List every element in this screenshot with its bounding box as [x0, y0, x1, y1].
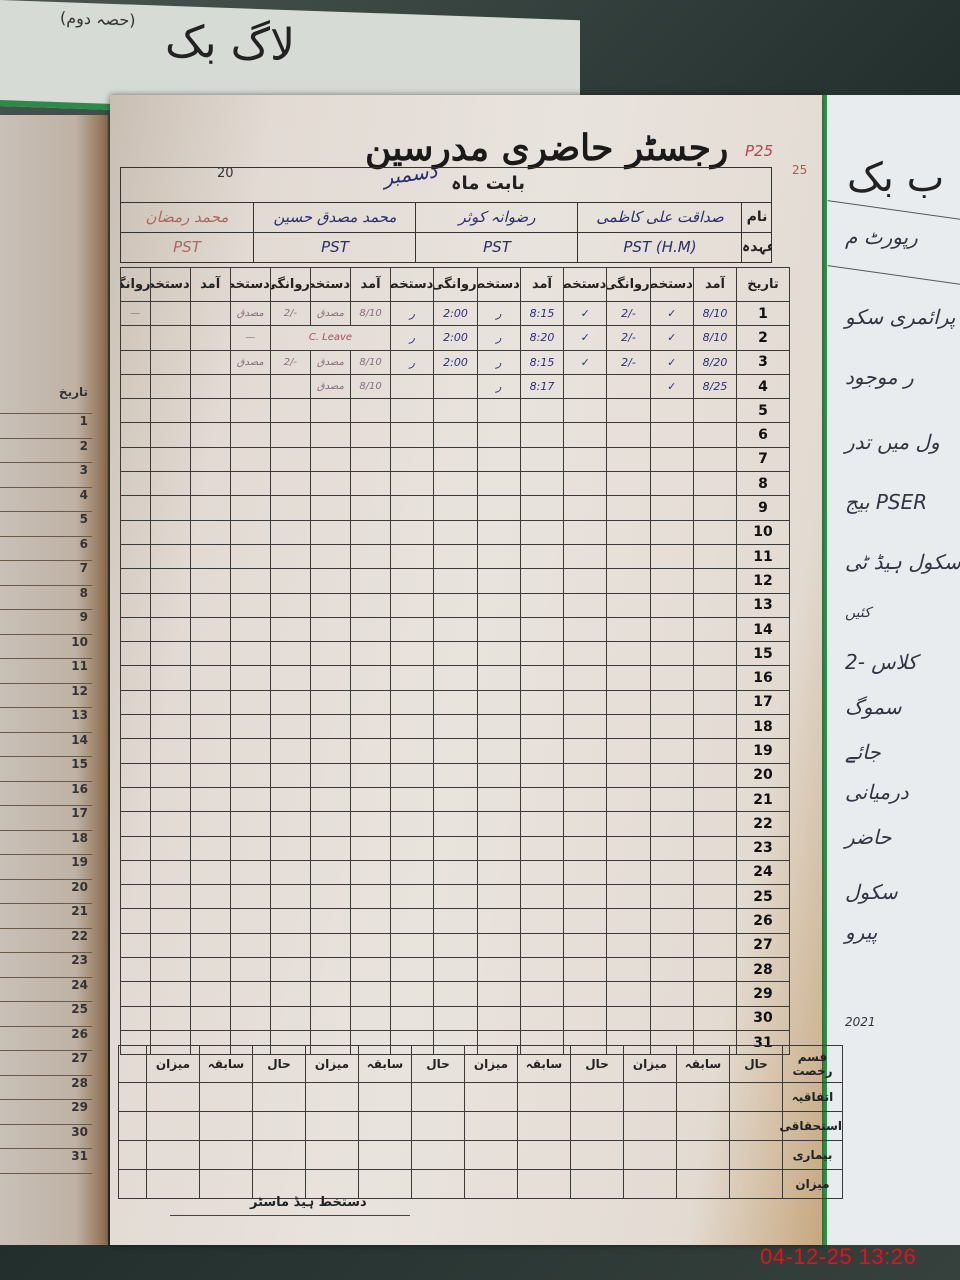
note-line: ول میں تدر: [845, 430, 940, 454]
date-cell: 19: [737, 739, 790, 763]
table-row: 26: [121, 909, 790, 933]
teacher-name: رضوانہ کوثر: [415, 202, 578, 232]
note-line: جائے: [845, 740, 881, 764]
left-date: 19: [71, 855, 88, 869]
cell: ✓: [650, 326, 693, 350]
summary-col: سابقہ: [518, 1046, 571, 1083]
table-row: 22: [121, 812, 790, 836]
date-cell: 23: [737, 836, 790, 860]
cell: 8/25: [693, 374, 736, 398]
summary-row: استحقاقی: [119, 1112, 843, 1141]
summary-col: [119, 1046, 147, 1083]
top-logbook-subtitle: (حصہ دوم): [60, 8, 135, 30]
left-page-header-row: تاریخ: [0, 385, 92, 414]
note-line: سکول: [845, 880, 898, 904]
left-date: 12: [71, 684, 88, 698]
divider: [828, 200, 960, 221]
cell: 2/-: [270, 350, 310, 374]
month-label: بابت ماہ: [451, 173, 525, 194]
col-t3-sig: دستخط: [310, 268, 350, 302]
note-year: 2021: [845, 1015, 876, 1029]
cell: مصدق: [310, 374, 350, 398]
date-cell: 15: [737, 642, 790, 666]
table-row: 16: [121, 666, 790, 690]
leave-cell: C. Leave: [270, 326, 390, 350]
cell: مصدق: [230, 350, 270, 374]
left-date: 16: [71, 782, 88, 796]
left-date: 25: [71, 1002, 88, 1016]
date-cell: 1: [737, 302, 790, 326]
attendance-register-page: رجسٹر حاضری مدرسین P25 25 20 دسمبر بابت …: [110, 95, 822, 1245]
cell: —: [230, 326, 270, 350]
date-cell: 13: [737, 593, 790, 617]
date-cell: 7: [737, 447, 790, 471]
cell: مصدق: [230, 302, 270, 326]
summary-row: بیماری: [119, 1141, 843, 1170]
table-row: 7: [121, 447, 790, 471]
teacher-designation: PST: [415, 232, 578, 262]
cell: [121, 374, 151, 398]
cell: [391, 374, 434, 398]
col-t2-sig: دستخط: [477, 268, 520, 302]
summary-col: سابقہ: [677, 1046, 730, 1083]
date-cell: 28: [737, 958, 790, 982]
col-date: تاریخ: [737, 268, 790, 302]
note-line: پرائمری سکو: [845, 305, 955, 329]
summary-col: سابقہ: [200, 1046, 253, 1083]
cell: ر: [477, 302, 520, 326]
table-row: 8: [121, 472, 790, 496]
cell: [230, 374, 270, 398]
cell: 8/10: [693, 302, 736, 326]
cell: ✓: [564, 302, 607, 326]
note-line: پیرو: [845, 920, 877, 944]
cell: ✓: [650, 350, 693, 374]
attendance-grid: روانگی دستخط آمد دستخط روانگی دستخط آمد …: [120, 267, 790, 1055]
left-date: 2: [80, 439, 88, 453]
teacher-designation: PST: [253, 232, 416, 262]
left-date: 1: [80, 414, 88, 428]
date-cell: 12: [737, 569, 790, 593]
note-line: PSER بیج: [845, 490, 927, 514]
left-date: 10: [71, 635, 88, 649]
note-line: رپورٹ م: [845, 225, 918, 249]
teacher-name: محمد مصدق حسین: [253, 202, 416, 232]
summary-row-label: اتفاقیہ: [783, 1083, 843, 1112]
left-date: 30: [71, 1125, 88, 1139]
cell: [190, 326, 230, 350]
cell: ✓: [564, 350, 607, 374]
table-row: 30: [121, 1006, 790, 1030]
cell: ر: [391, 302, 434, 326]
table-row: 27: [121, 933, 790, 957]
cell: 2:00: [434, 302, 477, 326]
date-cell: 11: [737, 544, 790, 568]
left-date: 20: [71, 880, 88, 894]
summary-col: سابقہ: [359, 1046, 412, 1083]
cell: ✓: [650, 374, 693, 398]
divider: [828, 265, 960, 286]
summary-col: حال: [253, 1046, 306, 1083]
page-ref: P25: [745, 142, 773, 160]
col-t1-out: روانگی: [607, 268, 650, 302]
cell: [190, 374, 230, 398]
summary-row: میزان: [119, 1170, 843, 1199]
note-line: درمیانی: [845, 780, 909, 804]
left-date: 6: [80, 537, 88, 551]
designation-row-label: عہدہ: [741, 232, 772, 262]
cell: 2/-: [607, 326, 650, 350]
date-cell: 6: [737, 423, 790, 447]
left-date: 5: [80, 512, 88, 526]
left-date: 14: [71, 733, 88, 747]
summary-col: حال: [571, 1046, 624, 1083]
summary-row-label: استحقاقی: [783, 1112, 843, 1141]
table-row: مصدق 2/- مصدق 8/10 ر 2:00 ر 8:15 ✓ 2/- ✓…: [121, 350, 790, 374]
cell: [564, 374, 607, 398]
cell: 2:00: [434, 326, 477, 350]
cell: ر: [391, 326, 434, 350]
left-date: 26: [71, 1027, 88, 1041]
cell: [434, 374, 477, 398]
table-row: 17: [121, 690, 790, 714]
teacher-designation: PST: [121, 232, 253, 262]
table-row: 28: [121, 958, 790, 982]
teacher-name: محمد رمضان: [121, 202, 253, 232]
left-date: 3: [80, 463, 88, 477]
table-row: 6: [121, 423, 790, 447]
table-row: 18: [121, 715, 790, 739]
date-cell: 4: [737, 374, 790, 398]
col-t4-in: آمد: [190, 268, 230, 302]
col-t4-sig: دستخط: [150, 268, 190, 302]
left-date: 15: [71, 757, 88, 771]
date-cell: 24: [737, 860, 790, 884]
cell: ✓: [650, 302, 693, 326]
date-cell: 16: [737, 666, 790, 690]
col-t3-sig2: دستخط: [230, 268, 270, 302]
table-row: 23: [121, 836, 790, 860]
cell: [121, 326, 151, 350]
attendance-header-row: روانگی دستخط آمد دستخط روانگی دستخط آمد …: [121, 268, 790, 302]
cell: 8/10: [351, 302, 391, 326]
table-row: 13: [121, 593, 790, 617]
summary-row-label: بیماری: [783, 1141, 843, 1170]
left-date: 17: [71, 806, 88, 820]
summary-col: میزان: [465, 1046, 518, 1083]
cell: [121, 350, 151, 374]
cell: ر: [477, 374, 520, 398]
date-cell: 27: [737, 933, 790, 957]
summary-col: حال: [412, 1046, 465, 1083]
photo-timestamp: 04-12-25 13:26: [760, 1244, 916, 1270]
right-logbook-title: ب بک: [847, 155, 944, 201]
cell: [270, 374, 310, 398]
date-cell: 9: [737, 496, 790, 520]
date-cell: 29: [737, 982, 790, 1006]
month-row: 20 دسمبر بابت ماہ: [121, 168, 771, 203]
left-date: 4: [80, 488, 88, 502]
col-t1-sig: دستخط: [650, 268, 693, 302]
cell: [150, 374, 190, 398]
summary-row: اتفاقیہ: [119, 1083, 843, 1112]
summary-col: حال: [730, 1046, 783, 1083]
attendance-table: روانگی دستخط آمد دستخط روانگی دستخط آمد …: [120, 267, 790, 1055]
cell: 8:15: [520, 302, 563, 326]
note-line: سکول ہیڈ ٹی: [845, 550, 960, 574]
cell: مصدق: [310, 302, 350, 326]
table-row: — C. Leave ر 2:00 ر 8:20 ✓ 2/- ✓ 8/10 2: [121, 326, 790, 350]
col-t2-sig2: دستخط: [391, 268, 434, 302]
date-cell: 30: [737, 1006, 790, 1030]
left-date: 29: [71, 1100, 88, 1114]
top-logbook-title: لاگ بک: [165, 16, 295, 72]
left-date: 28: [71, 1076, 88, 1090]
left-date: 21: [71, 904, 88, 918]
col-t3-in: آمد: [351, 268, 391, 302]
headmaster-signature-label: دستخط ہیڈ ماسٹر: [250, 1195, 367, 1210]
table-row: 24: [121, 860, 790, 884]
cell: [150, 350, 190, 374]
table-row: 9: [121, 496, 790, 520]
date-cell: 3: [737, 350, 790, 374]
table-row: — مصدق 2/- مصدق 8/10 ر 2:00 ر 8:15 ✓ 2/-…: [121, 302, 790, 326]
cell: 8:17: [520, 374, 563, 398]
cell: 8:15: [520, 350, 563, 374]
col-t4-out: روانگی: [121, 268, 151, 302]
cell: —: [121, 302, 151, 326]
cell: 8/10: [693, 326, 736, 350]
note-line: ر موجود: [845, 365, 914, 389]
col-t2-in: آمد: [520, 268, 563, 302]
table-row: 5: [121, 399, 790, 423]
col-t1-in: آمد: [693, 268, 736, 302]
table-row: 25: [121, 885, 790, 909]
table-row: 19: [121, 739, 790, 763]
teacher-designation: PST (H.M): [577, 232, 742, 262]
left-date: 8: [80, 586, 88, 600]
left-date: 24: [71, 978, 88, 992]
cell: 2/-: [607, 302, 650, 326]
col-t2-out: روانگی: [434, 268, 477, 302]
table-row: مصدق 8/10 ر 8:17 ✓ 8/25 4: [121, 374, 790, 398]
teacher-header-box: 20 دسمبر بابت ماہ محمد رمضان محمد مصدق ح…: [120, 167, 772, 263]
cell: [607, 374, 650, 398]
page-number: 25: [792, 163, 807, 177]
date-cell: 8: [737, 472, 790, 496]
date-cell: 5: [737, 399, 790, 423]
summary-header-row: میزان سابقہ حال میزان سابقہ حال میزان سا…: [119, 1046, 843, 1083]
table-row: 12: [121, 569, 790, 593]
col-t3-out: روانگی: [270, 268, 310, 302]
date-cell: 18: [737, 715, 790, 739]
note-line: کلاس -2: [845, 650, 917, 674]
cell: 8/10: [351, 374, 391, 398]
date-cell: 21: [737, 787, 790, 811]
left-date: 7: [80, 561, 88, 575]
table-row: 29: [121, 982, 790, 1006]
teacher-name-row: محمد رمضان محمد مصدق حسین رضوانہ کوثر صد…: [121, 202, 771, 233]
cell: 8/10: [351, 350, 391, 374]
cell: [190, 350, 230, 374]
date-cell: 17: [737, 690, 790, 714]
left-page-grid: تاریخ 1 2 3 4 5 6 7 8 9 10 11 12 13 14 1…: [0, 385, 92, 1155]
date-cell: 10: [737, 520, 790, 544]
teacher-name: صداقت علی کاظمی: [577, 202, 742, 232]
cell: 2/-: [270, 302, 310, 326]
left-date: 13: [71, 708, 88, 722]
note-line: کئیں: [845, 605, 871, 621]
year-label: 20: [217, 166, 234, 181]
table-row: 20: [121, 763, 790, 787]
date-cell: 2: [737, 326, 790, 350]
summary-col: میزان: [306, 1046, 359, 1083]
left-date: 27: [71, 1051, 88, 1065]
date-cell: 22: [737, 812, 790, 836]
date-cell: 20: [737, 763, 790, 787]
left-date: 22: [71, 929, 88, 943]
table-row: 15: [121, 642, 790, 666]
cell: ✓: [564, 326, 607, 350]
summary-row-label: میزان: [783, 1170, 843, 1199]
cell: 2:00: [434, 350, 477, 374]
cell: مصدق: [310, 350, 350, 374]
left-date: 11: [71, 659, 88, 673]
col-t1-sig2: دستخط: [564, 268, 607, 302]
summary-row-header: قسم رخصت: [783, 1046, 843, 1083]
cell: ر: [391, 350, 434, 374]
table-row: 21: [121, 787, 790, 811]
cell: 8:20: [520, 326, 563, 350]
cell: [150, 302, 190, 326]
cell: [190, 302, 230, 326]
cell: ر: [477, 350, 520, 374]
note-line: حاضر: [845, 825, 891, 849]
left-date: 23: [71, 953, 88, 967]
summary-col: میزان: [147, 1046, 200, 1083]
table-row: 10: [121, 520, 790, 544]
cell: 8/20: [693, 350, 736, 374]
leave-summary: میزان سابقہ حال میزان سابقہ حال میزان سا…: [118, 1045, 790, 1199]
left-date: 9: [80, 610, 88, 624]
left-page-date-header: تاریخ: [59, 385, 88, 399]
summary-col: میزان: [624, 1046, 677, 1083]
designation-row: PST PST PST PST (H.M) عہدہ: [121, 232, 771, 262]
table-row: 14: [121, 617, 790, 641]
left-date: 18: [71, 831, 88, 845]
note-line: سموگ: [845, 695, 902, 719]
left-date: 31: [71, 1149, 88, 1163]
name-row-label: نام: [741, 202, 772, 232]
left-page: تاریخ 1 2 3 4 5 6 7 8 9 10 11 12 13 14 1…: [0, 115, 108, 1245]
signature-line: [170, 1215, 410, 1216]
cell: 2/-: [607, 350, 650, 374]
date-cell: 14: [737, 617, 790, 641]
date-cell: 26: [737, 909, 790, 933]
date-cell: 25: [737, 885, 790, 909]
leave-summary-table: میزان سابقہ حال میزان سابقہ حال میزان سا…: [118, 1045, 843, 1199]
cell: ر: [477, 326, 520, 350]
table-row: 11: [121, 544, 790, 568]
cell: [150, 326, 190, 350]
